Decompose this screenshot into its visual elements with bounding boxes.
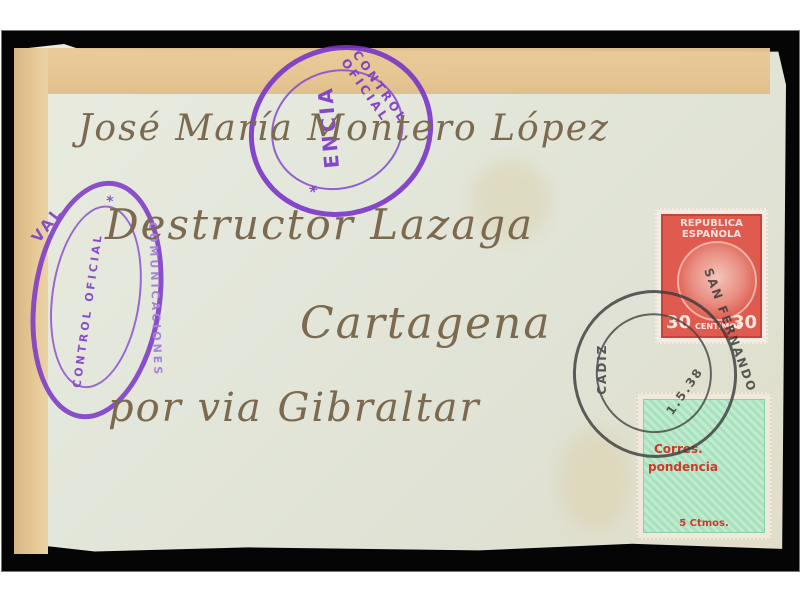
address-line-name: José María Montero López [78, 108, 610, 149]
address-line-city: Cartagena [300, 298, 552, 349]
stamp-country: REPUBLICA ESPAÑOLA [663, 218, 760, 240]
address-line-ship: Destructor Lazaga [105, 200, 534, 249]
stamp-overprint-line2: pondencia [648, 460, 718, 474]
address-line-route: por via Gibraltar [108, 385, 481, 431]
stamp-value: 5 Ctmos. [644, 518, 764, 529]
postmark-city: CADIZ [595, 344, 609, 395]
